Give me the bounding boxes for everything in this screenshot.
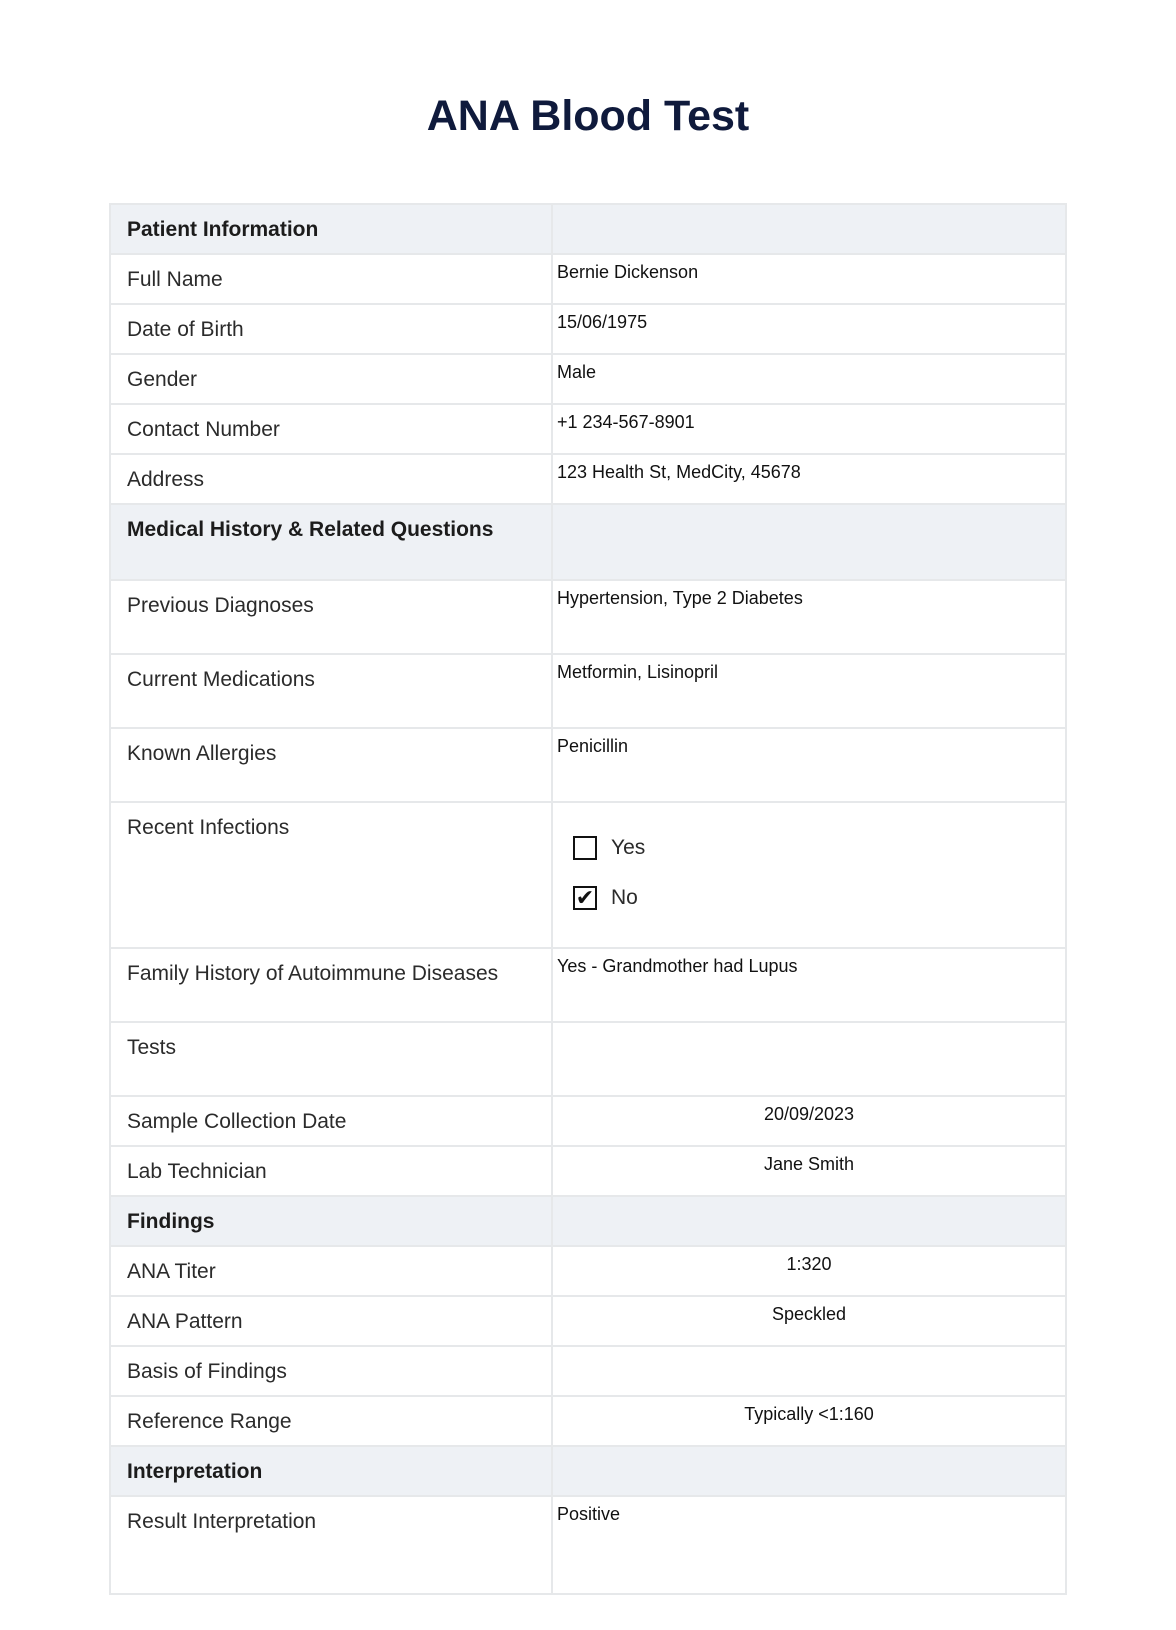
field-label: Basis of Findings <box>110 1346 552 1396</box>
field-value: Bernie Dickenson <box>552 254 1066 304</box>
row-address: Address123 Health St, MedCity, 45678 <box>110 454 1066 504</box>
field-label: Tests <box>110 1022 552 1096</box>
row-recent-infections: Recent InfectionsYes✔No <box>110 802 1066 948</box>
checkbox-label: Yes <box>611 837 645 859</box>
field-label: Recent Infections <box>110 802 552 948</box>
field-label: ANA Titer <box>110 1246 552 1296</box>
field-label: ANA Pattern <box>110 1296 552 1346</box>
field-value: 1:320 <box>552 1246 1066 1296</box>
field-label: Result Interpretation <box>110 1496 552 1594</box>
ana-form-table: Patient InformationFull NameBernie Dicke… <box>109 203 1067 1595</box>
section-spacer <box>552 1446 1066 1496</box>
field-value: Male <box>552 354 1066 404</box>
row-full-name: Full NameBernie Dickenson <box>110 254 1066 304</box>
section-title: Patient Information <box>110 204 552 254</box>
section-header-interpretation: Interpretation <box>110 1446 1066 1496</box>
field-label: Lab Technician <box>110 1146 552 1196</box>
row-previous-diagnoses: Previous DiagnosesHypertension, Type 2 D… <box>110 580 1066 654</box>
field-label: Gender <box>110 354 552 404</box>
checkbox-label: No <box>611 887 638 909</box>
section-spacer <box>552 204 1066 254</box>
field-value: Positive <box>552 1496 1066 1594</box>
row-tests: Tests <box>110 1022 1066 1096</box>
checkbox-option-yes[interactable]: Yes <box>573 823 1061 873</box>
row-reference-range: Reference RangeTypically <1:160 <box>110 1396 1066 1446</box>
field-value: 15/06/1975 <box>552 304 1066 354</box>
section-spacer <box>552 504 1066 580</box>
field-value <box>552 1022 1066 1096</box>
row-ana-titer: ANA Titer1:320 <box>110 1246 1066 1296</box>
field-value: Yes✔No <box>552 802 1066 948</box>
row-sample-collection-date: Sample Collection Date20/09/2023 <box>110 1096 1066 1146</box>
field-label: Full Name <box>110 254 552 304</box>
section-header-patient-information: Patient Information <box>110 204 1066 254</box>
section-header-findings: Findings <box>110 1196 1066 1246</box>
field-value <box>552 1346 1066 1396</box>
field-value: +1 234-567-8901 <box>552 404 1066 454</box>
field-label: Family History of Autoimmune Diseases <box>110 948 552 1022</box>
section-header-medical-history-and-related-questions: Medical History & Related Questions <box>110 504 1066 580</box>
field-label: Reference Range <box>110 1396 552 1446</box>
row-known-allergies: Known AllergiesPenicillin <box>110 728 1066 802</box>
row-date-of-birth: Date of Birth15/06/1975 <box>110 304 1066 354</box>
field-value: 20/09/2023 <box>552 1096 1066 1146</box>
row-ana-pattern: ANA PatternSpeckled <box>110 1296 1066 1346</box>
field-value: Speckled <box>552 1296 1066 1346</box>
page-title: ANA Blood Test <box>0 92 1176 141</box>
field-label: Contact Number <box>110 404 552 454</box>
row-family-history-of-autoimmune-diseases: Family History of Autoimmune DiseasesYes… <box>110 948 1066 1022</box>
field-value: Metformin, Lisinopril <box>552 654 1066 728</box>
checkbox-unchecked-icon[interactable] <box>573 836 597 860</box>
section-title: Findings <box>110 1196 552 1246</box>
field-label: Address <box>110 454 552 504</box>
field-label: Current Medications <box>110 654 552 728</box>
field-value: Penicillin <box>552 728 1066 802</box>
field-label: Sample Collection Date <box>110 1096 552 1146</box>
field-label: Date of Birth <box>110 304 552 354</box>
row-result-interpretation: Result InterpretationPositive <box>110 1496 1066 1594</box>
field-label: Known Allergies <box>110 728 552 802</box>
field-value: Typically <1:160 <box>552 1396 1066 1446</box>
checkbox-checked-icon[interactable]: ✔ <box>573 886 597 910</box>
checkbox-option-no[interactable]: ✔No <box>573 873 1061 923</box>
section-title: Interpretation <box>110 1446 552 1496</box>
row-current-medications: Current MedicationsMetformin, Lisinopril <box>110 654 1066 728</box>
field-value: Yes - Grandmother had Lupus <box>552 948 1066 1022</box>
row-contact-number: Contact Number+1 234-567-8901 <box>110 404 1066 454</box>
row-basis-of-findings: Basis of Findings <box>110 1346 1066 1396</box>
section-spacer <box>552 1196 1066 1246</box>
row-gender: GenderMale <box>110 354 1066 404</box>
section-title: Medical History & Related Questions <box>110 504 552 580</box>
field-value: 123 Health St, MedCity, 45678 <box>552 454 1066 504</box>
field-value: Jane Smith <box>552 1146 1066 1196</box>
field-value: Hypertension, Type 2 Diabetes <box>552 580 1066 654</box>
field-label: Previous Diagnoses <box>110 580 552 654</box>
row-lab-technician: Lab TechnicianJane Smith <box>110 1146 1066 1196</box>
